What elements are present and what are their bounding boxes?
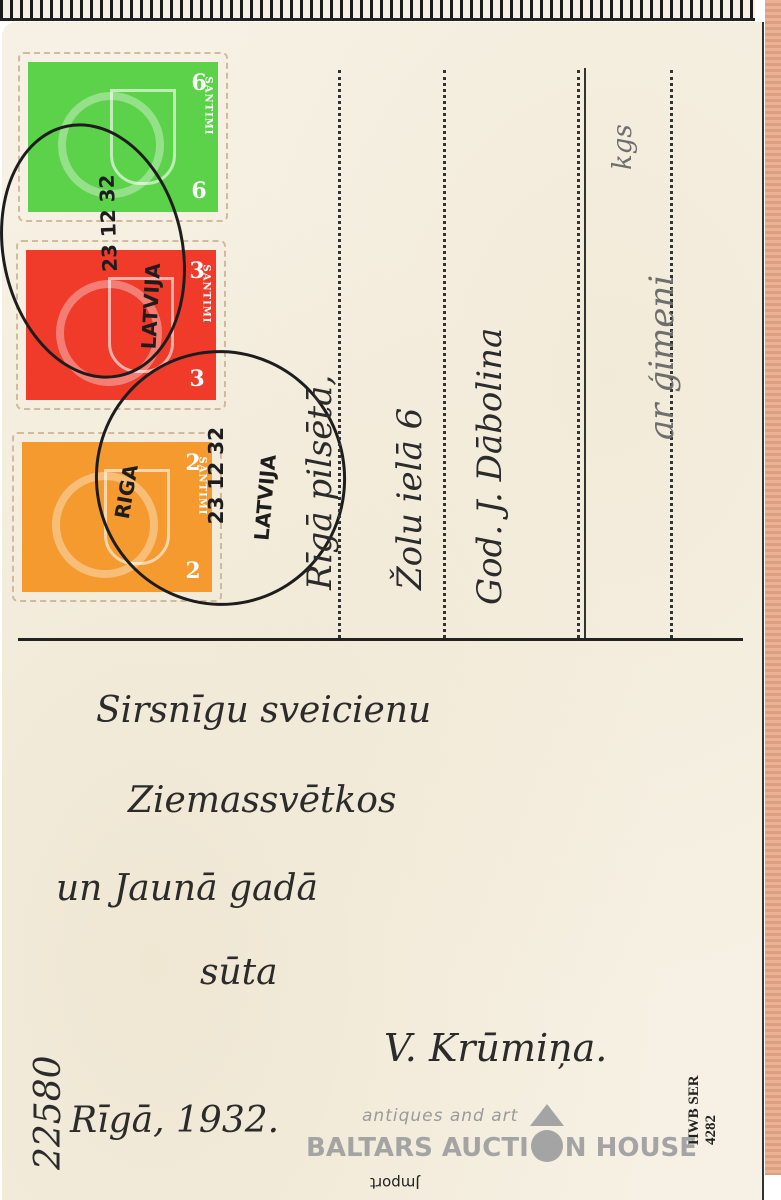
measuring-ruler <box>0 0 755 21</box>
import-label: Jmport <box>370 1174 420 1192</box>
stamp-value: 6 <box>186 176 212 206</box>
address-line <box>577 70 580 638</box>
postmark-city: RIGA <box>110 463 143 521</box>
divider-vertical <box>584 68 586 638</box>
address-line-4: kgs <box>608 124 638 170</box>
watermark-tagline: antiques and art <box>362 1106 518 1126</box>
postmark-date: 23 12 32 <box>95 174 122 272</box>
divider-horizontal <box>18 638 743 641</box>
address-line-1: Rīgā pilsētā, <box>300 375 340 590</box>
signature: V. Krūmiņa. <box>384 1026 607 1070</box>
stamp-currency: SANTIMI <box>201 264 212 323</box>
message-line-1: Sirsnīgu sveicienu <box>96 690 431 731</box>
address-line-3: God. J. Dābolina <box>470 328 510 605</box>
address-line <box>443 70 446 638</box>
address-line-5: ar ģimeni <box>642 275 682 440</box>
inventory-number: 22580 <box>28 1055 69 1170</box>
wooden-background <box>765 0 781 1175</box>
watermark-brand: BALTARS AUCTIN HOUSE <box>306 1130 697 1163</box>
message-line-2: Ziemassvētkos <box>128 780 396 821</box>
watermark-brand-part2: N HOUSE <box>565 1133 697 1163</box>
postmark-date: 23 12 32 <box>204 427 228 524</box>
message-line-3: un Jaunā gadā <box>56 868 318 909</box>
place-date: Rīgā, 1932. <box>70 1100 279 1141</box>
postmark-country: LATVIJA <box>249 454 280 542</box>
postmark-country: LATVIJA <box>137 263 165 350</box>
orb-icon <box>531 1130 563 1162</box>
crown-icon <box>530 1104 564 1126</box>
watermark-brand-part1: BALTARS AUCTI <box>306 1133 529 1163</box>
message-line-4: sūta <box>200 952 278 993</box>
stamp-currency: SANTIMI <box>203 76 214 135</box>
address-line-2: Žolu ielā 6 <box>390 408 430 590</box>
